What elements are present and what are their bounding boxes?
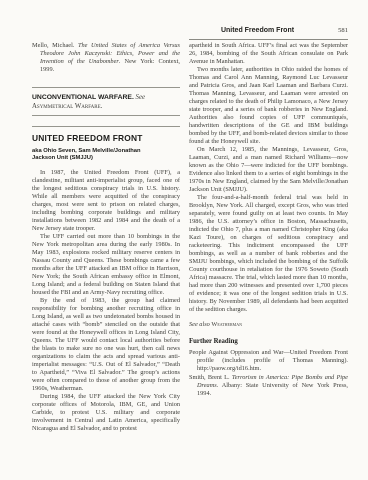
paragraph: During 1984, the UFF attacked the New Yo… <box>32 393 180 433</box>
further-reading-entry: Smith, Brent L. Terrorism in America: Pi… <box>189 374 348 398</box>
see-also-line: See also Weatherman <box>189 321 348 329</box>
paragraph: The four-and-a-half-month federal trial … <box>189 194 348 314</box>
paragraph: Two months later, authorities in Ohio ra… <box>189 66 348 146</box>
see-also-label: See also <box>189 321 211 328</box>
left-column: Mello, Michael. The United States of Ame… <box>32 42 180 433</box>
reference-author: Smith, Brent L. <box>189 374 232 381</box>
paragraph: By the end of 1983, the group had claime… <box>32 297 180 393</box>
reference-publication: . Albany: State University of New York P… <box>197 382 348 397</box>
see-also-target: Weatherman <box>211 321 242 328</box>
paragraph: On March 12, 1985, the Mannings, Levasse… <box>189 146 348 194</box>
paragraph: In 1987, the United Freedom Front (UFF),… <box>32 169 180 233</box>
running-head-title: United Freedom Front <box>189 24 348 37</box>
previous-entry-citation: Mello, Michael. The United States of Ame… <box>32 42 180 74</box>
entry-divider-rule <box>32 87 180 88</box>
book-page: United Freedom Front 581 Mello, Michael.… <box>0 0 368 480</box>
right-column: apartheid in South Africa. UFF’s final a… <box>189 42 348 398</box>
see-label: See <box>134 94 145 101</box>
entry-body-left: In 1987, the United Freedom Front (UFF),… <box>32 169 180 433</box>
cross-reference-entry: UNCONVENTIONAL WARFARE. See Asymmetrical… <box>32 93 180 111</box>
cross-reference-target: Asymmetrical Warfare. <box>32 103 102 110</box>
entry-aka-line: aka Ohio Seven, Sam Melville/Jonathan Ja… <box>32 148 158 162</box>
entry-divider-rule <box>32 126 180 127</box>
cross-reference-headword: UNCONVENTIONAL WARFARE. <box>32 94 134 101</box>
running-header: United Freedom Front 581 <box>189 24 348 40</box>
paragraph-continuation: apartheid in South Africa. UFF’s final a… <box>189 42 348 66</box>
further-reading-list: People Against Oppression and War—United… <box>189 349 348 398</box>
entry-headword: UNITED FREEDOM FRONT <box>32 133 180 143</box>
entry-body-right: apartheid in South Africa. UFF’s final a… <box>189 42 348 314</box>
citation-author: Mello, Michael. <box>32 42 78 49</box>
further-reading-entry: People Against Oppression and War—United… <box>189 349 348 373</box>
paragraph: The UFF carried out more than 10 bombing… <box>32 233 180 297</box>
further-reading-heading: Further Reading <box>189 337 348 346</box>
page-number: 581 <box>338 24 348 37</box>
entry-divider-rule <box>32 115 180 116</box>
